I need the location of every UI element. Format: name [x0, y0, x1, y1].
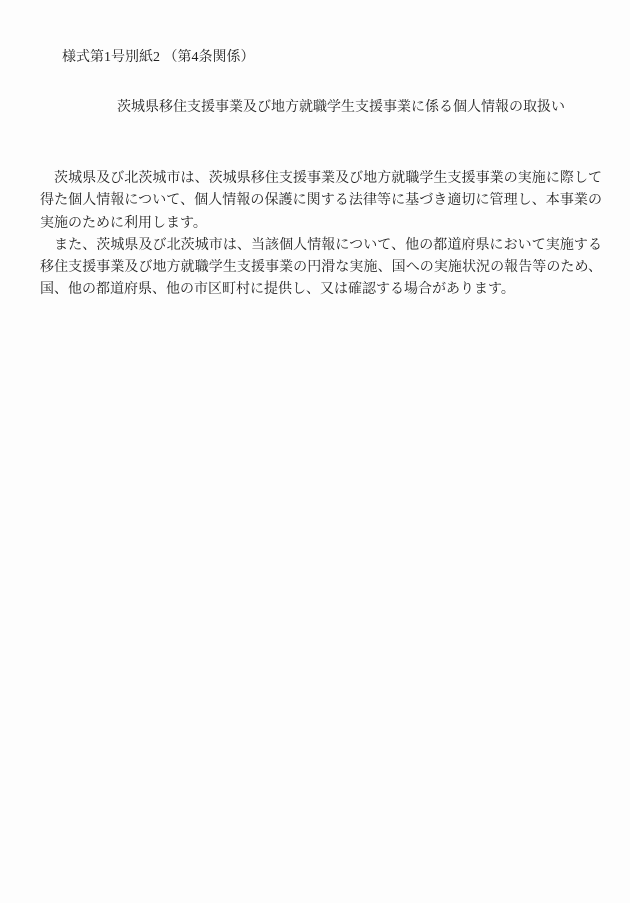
- document-body: 茨城県及び北茨城市は、茨城県移住支援事業及び地方就職学生支援事業の実施に際して …: [40, 168, 602, 302]
- body-line: 得た個人情報について、個人情報の保護に関する法律等に基づき適切に管理し、本事業の: [40, 190, 602, 212]
- form-number-label: 様式第1号別紙2 （第4条関係）: [62, 47, 630, 69]
- document-page: 様式第1号別紙2 （第4条関係） 茨城県移住支援事業及び地方就職学生支援事業に係…: [0, 0, 630, 903]
- paragraph-1: 茨城県及び北茨城市は、茨城県移住支援事業及び地方就職学生支援事業の実施に際して …: [40, 168, 602, 235]
- document-title: 茨城県移住支援事業及び地方就職学生支援事業に係る個人情報の取扱い: [117, 97, 630, 119]
- body-line: 実施のために利用します。: [40, 213, 602, 235]
- body-line: 茨城県及び北茨城市は、茨城県移住支援事業及び地方就職学生支援事業の実施に際して: [40, 168, 602, 190]
- body-line: 国、他の都道府県、他の市区町村に提供し、又は確認する場合があります。: [40, 279, 602, 301]
- paragraph-2: また、茨城県及び北茨城市は、当該個人情報について、他の都道府県において実施する …: [40, 235, 602, 302]
- body-line: また、茨城県及び北茨城市は、当該個人情報について、他の都道府県において実施する: [40, 235, 602, 257]
- body-line: 移住支援事業及び地方就職学生支援事業の円滑な実施、国への実施状況の報告等のため、: [40, 257, 602, 279]
